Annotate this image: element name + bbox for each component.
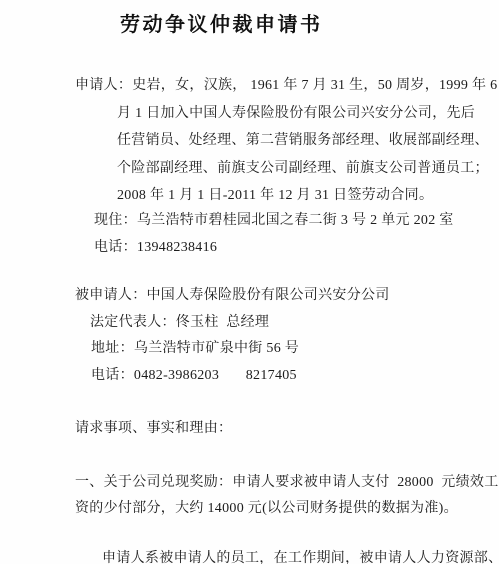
claims-heading: 请求事项、事实和理由： xyxy=(75,421,232,436)
claim1-line-2: 资的少付部分，大约 14000 元(以公司财务提供的数据为准)。 xyxy=(75,501,458,516)
respondent-legal-rep: 法定代表人：佟玉柱 总经理 xyxy=(90,315,269,330)
respondent-phone: 电话：0482-3986203 8217405 xyxy=(91,368,297,383)
applicant-line-2: 月 1 日加入中国人寿保险股份有限公司兴安分公司，先后 xyxy=(117,106,475,121)
applicant-residence: 现住：乌兰浩特市碧桂园北国之春二街 3 号 2 单元 202 室 xyxy=(94,213,454,228)
applicant-line-3: 任营销员、处经理、第二营销服务部经理、收展部副经理、 xyxy=(117,133,489,148)
body-paragraph-line-1: 申请人系被申请人的员工，在工作期间，被申请人人力资源部、 xyxy=(102,551,499,564)
applicant-line-4: 个险部副经理、前旗支公司副经理、前旗支公司普通员工； xyxy=(117,161,489,176)
claim1-line-1: 一、关于公司兑现奖励：申请人要求被申请人支付 28000 元绩效工 xyxy=(75,475,499,490)
document-page: 劳动争议仲裁申请书 申请人：史岩，女，汉族， 1961 年 7 月 31 生，5… xyxy=(0,0,499,564)
respondent-line-1: 被申请人：中国人寿保险股份有限公司兴安分公司 xyxy=(75,288,390,303)
applicant-line-5: 2008 年 1 月 1 日-2011 年 12 月 31 日签劳动合同。 xyxy=(117,188,433,203)
respondent-address: 地址：乌兰浩特市矿泉中街 56 号 xyxy=(91,341,299,356)
document-title: 劳动争议仲裁申请书 xyxy=(120,8,323,37)
applicant-phone: 电话：13948238416 xyxy=(94,240,217,255)
applicant-line-1: 申请人：史岩，女，汉族， 1961 年 7 月 31 生，50 周岁，1999 … xyxy=(75,78,497,93)
